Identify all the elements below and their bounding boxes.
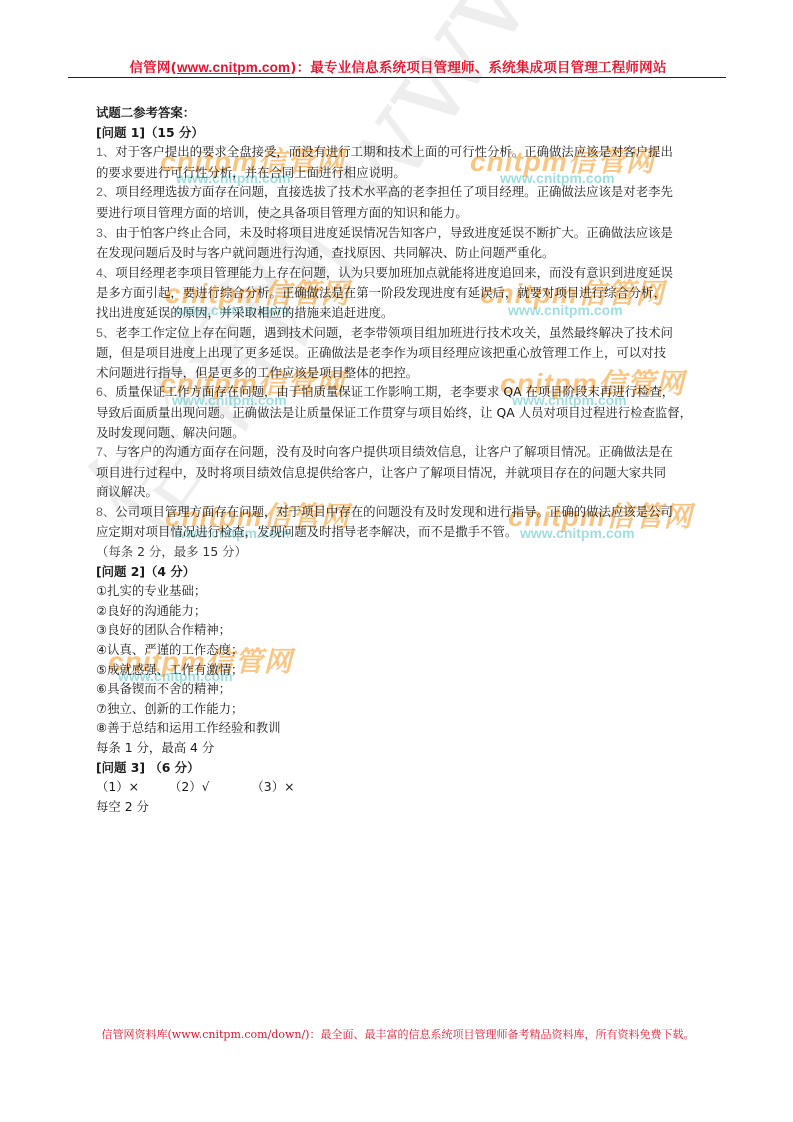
q3-answer-3: （3）× [251, 779, 294, 794]
q2-item: ⑥具备锲而不舍的精神； [96, 679, 746, 699]
header-suffix: )：最专业信息系统项目管理师、系统集成项目管理工程师网站 [290, 60, 666, 76]
q2-heading: [问题 2]（4 分） [96, 562, 746, 582]
item-text: 是多方面引起，要进行综合分析。正确做法是在第一阶段发现进度有延误后，就要对项目进… [96, 283, 746, 303]
item-number: 3、 [96, 226, 115, 240]
page-header: 信管网(www.cnitpm.com)：最专业信息系统项目管理师、系统集成项目管… [70, 56, 726, 76]
item-text: 质量保证工作方面存在问题，由于怕质量保证工作影响工期，老李要求 QA 在项目阶段… [115, 384, 674, 399]
q2-item: ⑧善于总结和运用工作经验和教训 [96, 718, 746, 738]
q3-answer-1: （1）× [96, 779, 139, 794]
q3-scoring: 每空 2 分 [96, 797, 746, 817]
q2-item: ③良好的团队合作精神； [96, 620, 746, 640]
item-number: 7、 [96, 445, 115, 459]
item-text: 公司项目管理方面存在问题，对于项目中存在的问题没有及时发现和进行指导。正确的做法… [115, 504, 673, 519]
item-text: 项目经理选拔方面存在问题，直接选拔了技术水平高的老李担任了项目经理。正确做法应该… [115, 184, 673, 199]
q1-scoring: （每条 2 分，最多 15 分） [96, 542, 746, 562]
q1-item-8: 8、公司项目管理方面存在问题，对于项目中存在的问题没有及时发现和进行指导。正确的… [96, 502, 746, 542]
item-number: 2、 [96, 185, 115, 199]
item-text: 对于客户提出的要求全盘接受，而没有进行工期和技术上面的可行性分析。正确做法应该是… [115, 144, 673, 159]
q1-item-7: 7、与客户的沟通方面存在问题，没有及时向客户提供项目绩效信息，让客户了解项目情况… [96, 442, 746, 502]
q1-item-6: 6、质量保证工作方面存在问题，由于怕质量保证工作影响工期，老李要求 QA 在项目… [96, 382, 746, 442]
item-number: 1、 [96, 145, 115, 159]
q1-item-4: 4、项目经理老李项目管理能力上存在问题，认为只要加班加点就能将进度追回来，而没有… [96, 263, 746, 323]
q3-answer-2: （2）√ [169, 779, 210, 794]
q3-heading: [问题 3] （6 分） [96, 758, 746, 778]
q1-heading: [问题 1]（15 分） [96, 123, 746, 143]
item-text: 题，但是项目进度上出现了更多延误。正确做法是老李作为项目经理应该把重心放管理工作… [96, 343, 746, 363]
item-text: 要进行项目管理方面的培训，使之具备项目管理方面的知识和能力。 [96, 203, 746, 223]
header-divider [68, 77, 726, 78]
q2-item: ⑦独立、创新的工作能力； [96, 699, 746, 719]
header-url-link[interactable]: www.cnitpm.com [177, 60, 290, 75]
section-title: 试题二参考答案： [96, 103, 746, 123]
q3-answers: （1）× （2）√ （3）× [96, 777, 746, 797]
item-text: 由于怕客户终止合同，未及时将项目进度延误情况告知客户，导致进度延误不断扩大。正确… [115, 225, 673, 240]
item-text: 老李工作定位上存在问题，遇到技术问题，老李带领项目组加班进行技术攻关，虽然最终解… [115, 325, 673, 340]
item-text: 应定期对项目情况进行检查，发现问题及时指导老李解决，而不是撒手不管。 [96, 522, 746, 542]
q2-item: ⑤成就感强、工作有激情； [96, 660, 746, 680]
item-text: 找出进度延误的原因，并采取相应的措施来追赶进度。 [96, 303, 746, 323]
header-prefix: 信管网( [129, 60, 176, 76]
item-text: 在发现问题后及时与客户就问题进行沟通，查找原因、共同解决、防止问题严重化。 [96, 243, 746, 263]
answer-body: 试题二参考答案： [问题 1]（15 分） 1、对于客户提出的要求全盘接受，而没… [96, 103, 746, 816]
item-text: 的要求要进行可行性分析，并在合同上面进行相应说明。 [96, 163, 746, 183]
item-number: 4、 [96, 266, 115, 280]
item-number: 8、 [96, 505, 115, 519]
item-number: 5、 [96, 326, 115, 340]
q1-item-2: 2、项目经理选拔方面存在问题，直接选拔了技术水平高的老李担任了项目经理。正确做法… [96, 182, 746, 222]
q1-item-3: 3、由于怕客户终止合同，未及时将项目进度延误情况告知客户，导致进度延误不断扩大。… [96, 223, 746, 263]
item-text: 项目经理老李项目管理能力上存在问题，认为只要加班加点就能将进度追回来，而没有意识… [115, 265, 673, 280]
item-text: 与客户的沟通方面存在问题，没有及时向客户提供项目绩效信息，让客户了解项目情况。正… [115, 444, 673, 459]
q2-scoring: 每条 1 分，最高 4 分 [96, 738, 746, 758]
q2-item: ②良好的沟通能力； [96, 601, 746, 621]
item-number: 6、 [96, 385, 115, 399]
q2-item: ①扎实的专业基础； [96, 581, 746, 601]
item-text: 导致后面质量出现问题。正确做法是让质量保证工作贯穿与项目始终，让 QA 人员对项… [96, 403, 746, 423]
item-text: 商议解决。 [96, 482, 746, 502]
q2-item: ④认真、严谨的工作态度； [96, 640, 746, 660]
item-text: 及时发现问题、解决问题。 [96, 423, 746, 443]
item-text: 术问题进行指导，但是更多的工作应该是项目整体的把控。 [96, 363, 746, 383]
item-text: 项目进行过程中，及时将项目绩效信息提供给客户，让客户了解项目情况，并就项目存在的… [96, 463, 746, 483]
q1-item-1: 1、对于客户提出的要求全盘接受，而没有进行工期和技术上面的可行性分析。正确做法应… [96, 142, 746, 182]
q1-item-5: 5、老李工作定位上存在问题，遇到技术问题，老李带领项目组加班进行技术攻关，虽然最… [96, 323, 746, 383]
page-footer: 信管网资料库(www.cnitpm.com/down/)：最全面、最丰富的信息系… [70, 1026, 726, 1042]
